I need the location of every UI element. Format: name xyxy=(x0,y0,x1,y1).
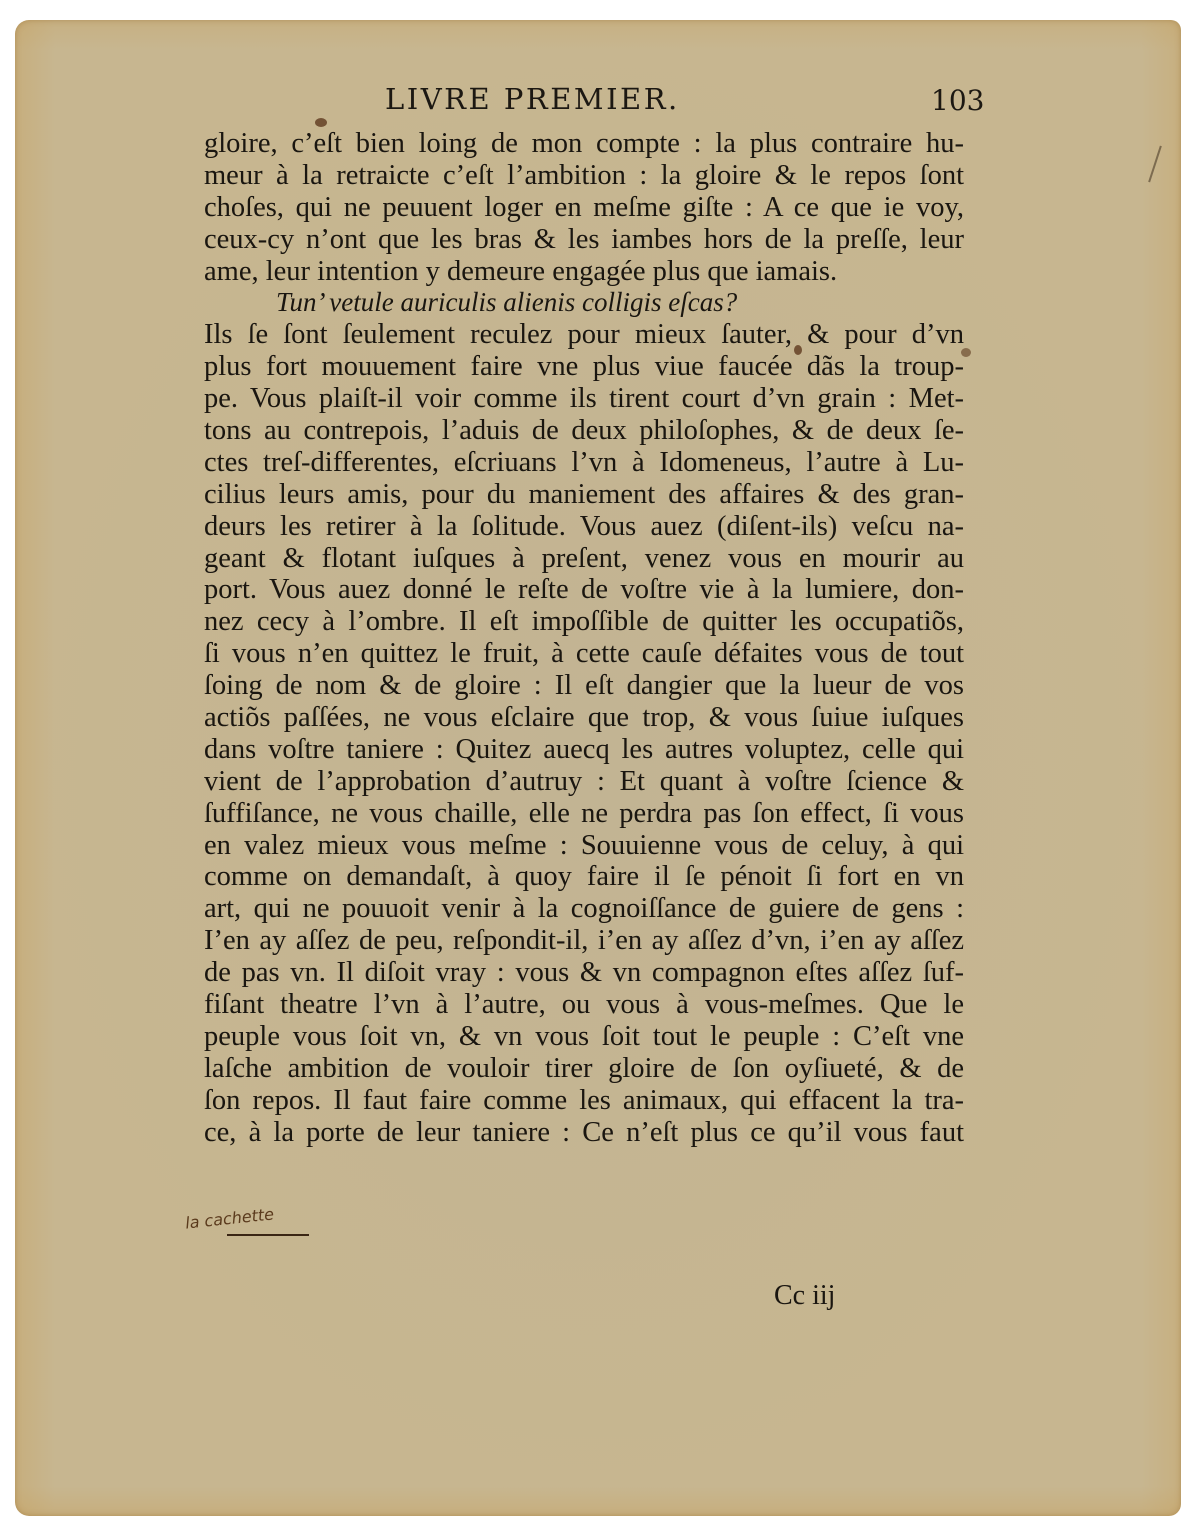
page-header: LIVRE PREMIER. 103 xyxy=(15,82,1181,122)
latin-quotation: Tun’ vetule auriculis alienis colligis e… xyxy=(204,287,964,319)
page-scratch xyxy=(1148,146,1162,183)
text-line: ſon repos. Il faut faire comme les anima… xyxy=(204,1085,964,1117)
text-line: deurs les retirer à la ſolitude. Vous au… xyxy=(204,511,964,543)
text-line: Ils ſe ſont ſeulement reculez pour mieux… xyxy=(204,319,964,351)
text-line: actiõs paſſées, ne vous eſclaire que tro… xyxy=(204,702,964,734)
text-line: ceux-cy n’ont que les bras & les iambes … xyxy=(204,224,964,256)
text-line: ame, leur intention y demeure engagée pl… xyxy=(204,256,964,288)
text-line: vient de l’approbation d’autruy : Et qua… xyxy=(204,766,964,798)
page-number: 103 xyxy=(931,84,984,117)
text-line: peuple vous ſoit vn, & vn vous ſoit tout… xyxy=(204,1021,964,1053)
text-line: fiſant theatre l’vn à l’autre, ou vous à… xyxy=(204,989,964,1021)
text-line: geant & flotant iuſques à preſent, venez… xyxy=(204,543,964,575)
strikethrough-mark xyxy=(227,1234,309,1236)
text-line: meur à la retraicte c’eſt l’ambition : l… xyxy=(204,160,964,192)
text-line: I’en ay aſſez de peu, reſpondit-il, i’en… xyxy=(204,925,964,957)
text-line: pe. Vous plaiſt-il voir comme ils tirent… xyxy=(204,383,964,415)
text-line: ce, à la porte de leur taniere : Ce n’eſ… xyxy=(204,1117,964,1149)
text-line: en valez mieux vous meſme : Souuienne vo… xyxy=(204,830,964,862)
text-line: choſes, qui ne peuuent loger en meſme gi… xyxy=(204,192,964,224)
text-line: ſoing de nom & de gloire : Il eſt dangie… xyxy=(204,670,964,702)
body-text: gloire, c’eſt bien loing de mon compte :… xyxy=(204,128,964,1149)
text-line: port. Vous auez donné le reſte de voſtre… xyxy=(204,574,964,606)
text-line: dans voſtre taniere : Quitez auecq les a… xyxy=(204,734,964,766)
handwritten-margin-note: la cachette xyxy=(184,1204,275,1232)
text-line: ſuffiſance, ne vous chaille, elle ne per… xyxy=(204,798,964,830)
text-line: plus fort mouuement faire vne plus viue … xyxy=(204,351,964,383)
text-line: gloire, c’eſt bien loing de mon compte :… xyxy=(204,128,964,160)
signature-mark: Cc iij xyxy=(774,1280,835,1312)
ink-stain xyxy=(315,118,327,127)
text-line: art, qui ne pouuoit venir à la cognoiſſa… xyxy=(204,893,964,925)
text-line: ctes treſ-differentes, eſcriuans l’vn à … xyxy=(204,447,964,479)
text-line: laſche ambition de vouloir tirer gloire … xyxy=(204,1053,964,1085)
text-line: nez cecy à l’ombre. Il eſt impoſſible de… xyxy=(204,606,964,638)
text-line: ſi vous n’en quittez le fruit, à cette c… xyxy=(204,638,964,670)
text-line: comme on demandaſt, à quoy faire il ſe p… xyxy=(204,861,964,893)
text-line: tons au contrepois, l’aduis de deux phil… xyxy=(204,415,964,447)
running-head: LIVRE PREMIER. xyxy=(385,82,680,116)
text-line: cilius leurs amis, pour du maniement des… xyxy=(204,479,964,511)
text-line: de pas vn. Il diſoit vray : vous & vn co… xyxy=(204,957,964,989)
